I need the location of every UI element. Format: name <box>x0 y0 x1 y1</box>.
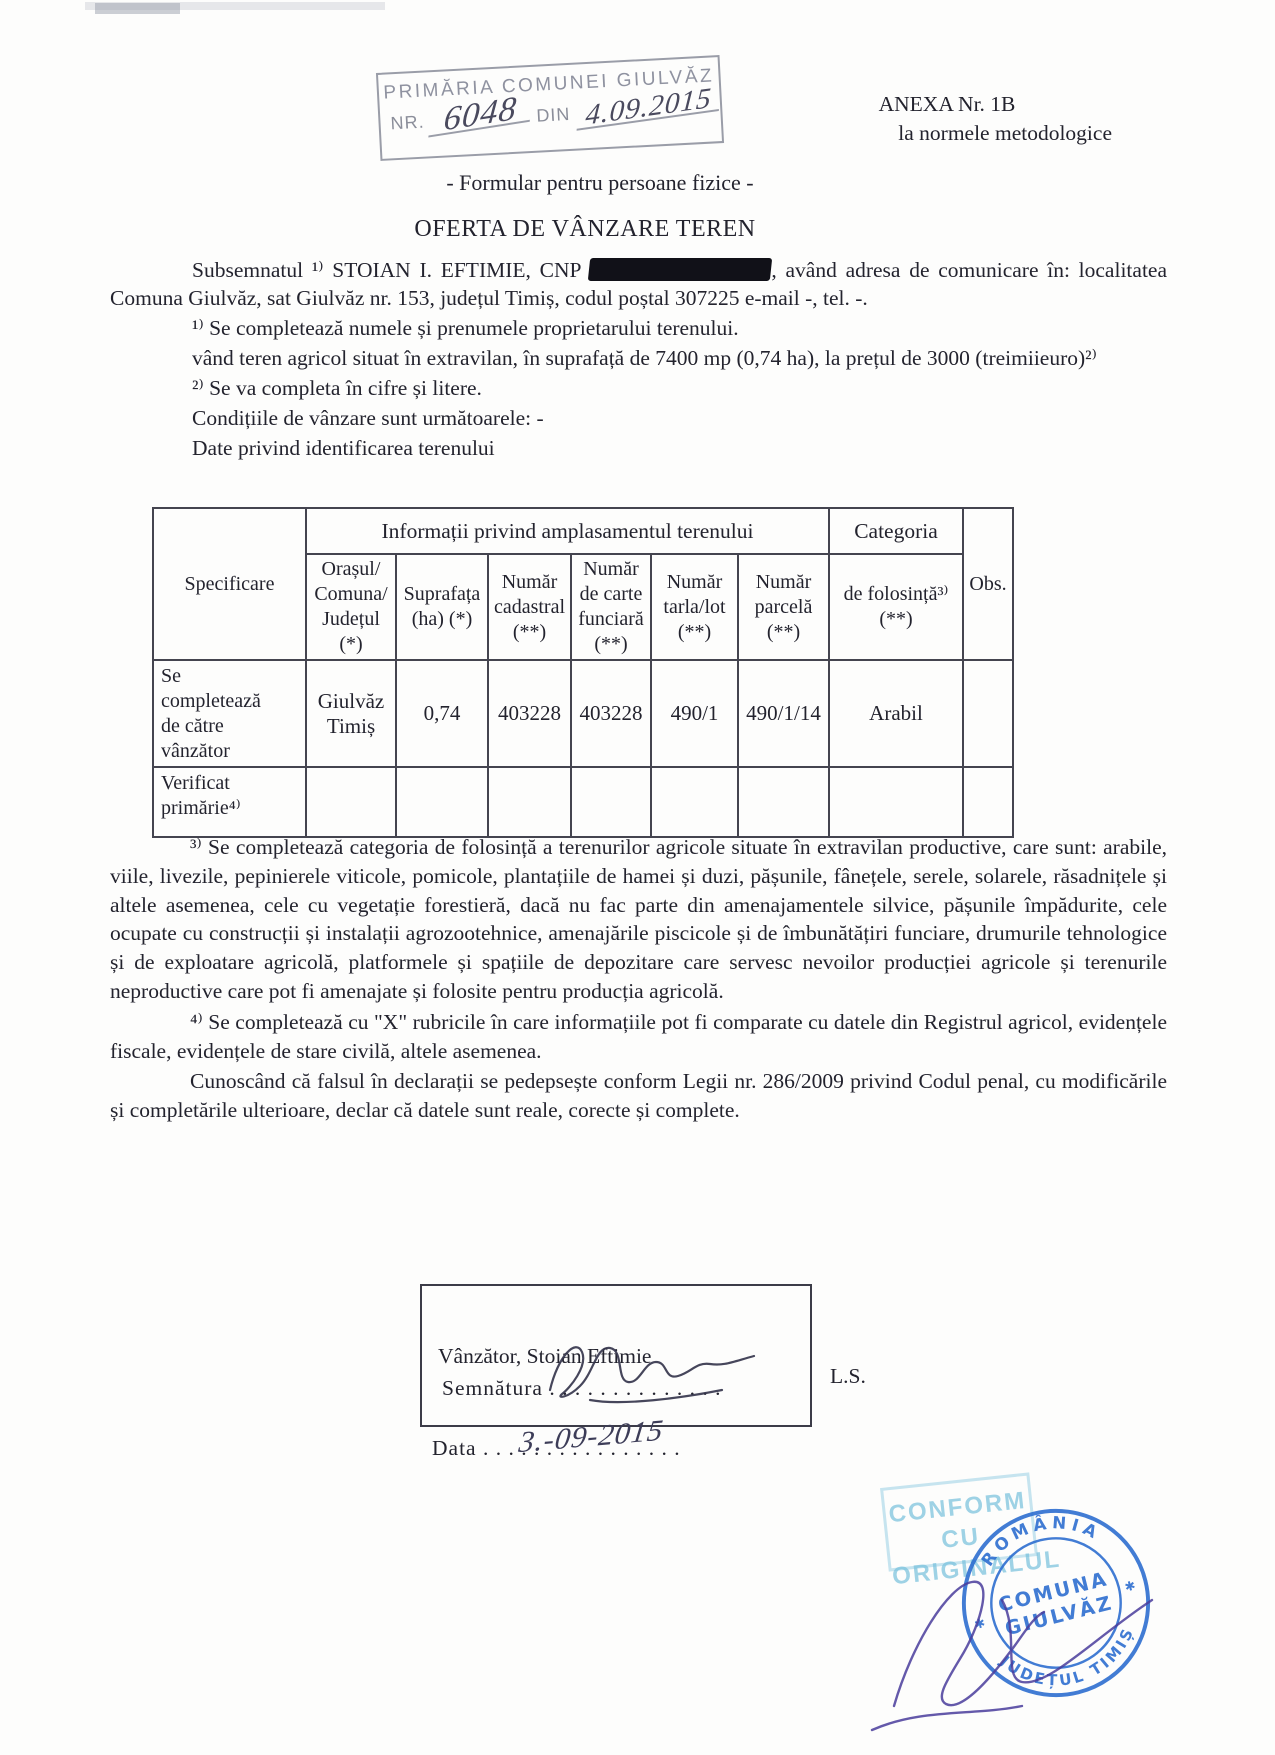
cell-row-label: Verificat primărie⁴⁾ <box>153 767 306 837</box>
intro-paragraph: Subsemnatul ¹⁾ STOIAN I. EFTIMIE, CNP , … <box>110 256 1167 312</box>
footnote-3: ³⁾ Se completează categoria de folosință… <box>110 833 1167 1006</box>
signature-label: Semnătura <box>442 1376 543 1400</box>
stamp-signature-handwriting <box>852 1548 1172 1748</box>
document-page: PRIMĂRIA COMUNEI GIULVĂZ NR. 6048 DIN 4.… <box>0 0 1275 1755</box>
cell-row-label: Se completează de către vânzător <box>153 660 306 767</box>
cell-carte-funciara: 403228 <box>571 660 651 767</box>
header-amplasament: Informații privind amplasamentul terenul… <box>306 508 829 554</box>
cell-oras: Giulvăz Timiș <box>306 660 396 767</box>
cell-cadastral: 403228 <box>488 660 571 767</box>
cell-obs <box>963 660 1013 767</box>
header-folosinta: de folosință³⁾ (**) <box>829 554 963 660</box>
header-cadastral: Număr cadastral (**) <box>488 554 571 660</box>
cell-tarla: 490/1 <box>651 660 738 767</box>
header-carte-funciara: Număr de carte funciară (**) <box>571 554 651 660</box>
signature-box: Vânzător, Stoian Eftimie Semnătura . . .… <box>420 1284 812 1427</box>
seller-signature-handwriting <box>532 1314 772 1422</box>
conditions-line: Condițiile de vânzare sunt următoarele: … <box>110 404 1167 432</box>
cell-parcela: 490/1/14 <box>738 660 829 767</box>
header-parcela: Număr parcelă (**) <box>738 554 829 660</box>
footnote-2: ²⁾ Se va completa în cifre și litere. <box>110 374 1167 402</box>
cell-cadastral <box>488 767 571 837</box>
date-line: Data . . . . . . . . . . . . . . . . 3.-… <box>432 1436 681 1461</box>
cell-carte-funciara <box>571 767 651 837</box>
cell-folosinta <box>829 767 963 837</box>
cell-parcela <box>738 767 829 837</box>
scan-artifact <box>95 3 180 14</box>
cell-obs <box>963 767 1013 837</box>
footnote-4: ⁴⁾ Se completează cu "X" rubricile în ca… <box>110 1008 1167 1066</box>
cell-folosinta: Arabil <box>829 660 963 767</box>
form-type-subtitle: - Formular pentru persoane fizice - <box>0 170 1200 196</box>
header-tarla: Număr tarla/lot (**) <box>651 554 738 660</box>
anexa-heading: ANEXA Nr. 1B la normele metodologice <box>782 90 1112 148</box>
registry-stamp: PRIMĂRIA COMUNEI GIULVĂZ NR. 6048 DIN 4.… <box>376 55 724 161</box>
anexa-subtitle: la normele metodologice <box>782 119 1112 148</box>
sale-paragraph: vând teren agricol situat în extravilan,… <box>110 344 1167 372</box>
cnp-redaction <box>588 258 772 281</box>
intro-section: Subsemnatul ¹⁾ STOIAN I. EFTIMIE, CNP , … <box>110 256 1167 464</box>
table-row: Verificat primărie⁴⁾ <box>153 767 1013 837</box>
intro-before-cnp: Subsemnatul ¹⁾ STOIAN I. EFTIMIE, CNP <box>192 258 581 282</box>
header-obs: Obs. <box>963 508 1013 660</box>
anexa-number: ANEXA Nr. 1B <box>782 90 1112 119</box>
header-oras: Orașul/ Comuna/ Județul (*) <box>306 554 396 660</box>
land-identification-table: Specificare Informații privind amplasame… <box>152 507 1014 838</box>
date-label: Data <box>432 1436 477 1460</box>
table-row: Se completează de către vânzător Giulvăz… <box>153 660 1013 767</box>
header-specificare: Specificare <box>153 508 306 660</box>
footnote-1: ¹⁾ Se completează numele și prenumele pr… <box>110 314 1167 342</box>
declaration-paragraph: Cunoscând că falsul în declarații se ped… <box>110 1067 1167 1125</box>
header-categoria: Categoria <box>829 508 963 554</box>
cell-suprafata <box>396 767 488 837</box>
footnotes-section: ³⁾ Se completează categoria de folosință… <box>110 833 1167 1127</box>
document-title: OFERTA DE VÂNZARE TEREN <box>0 216 1170 243</box>
ls-label: L.S. <box>830 1364 866 1389</box>
registry-nr-label: NR. <box>390 112 425 135</box>
cell-suprafata: 0,74 <box>396 660 488 767</box>
registry-din-label: DIN <box>536 104 571 127</box>
table-intro-line: Date privind identificarea terenului <box>110 434 1167 462</box>
cell-tarla <box>651 767 738 837</box>
cell-oras <box>306 767 396 837</box>
header-suprafata: Suprafața (ha) (*) <box>396 554 488 660</box>
